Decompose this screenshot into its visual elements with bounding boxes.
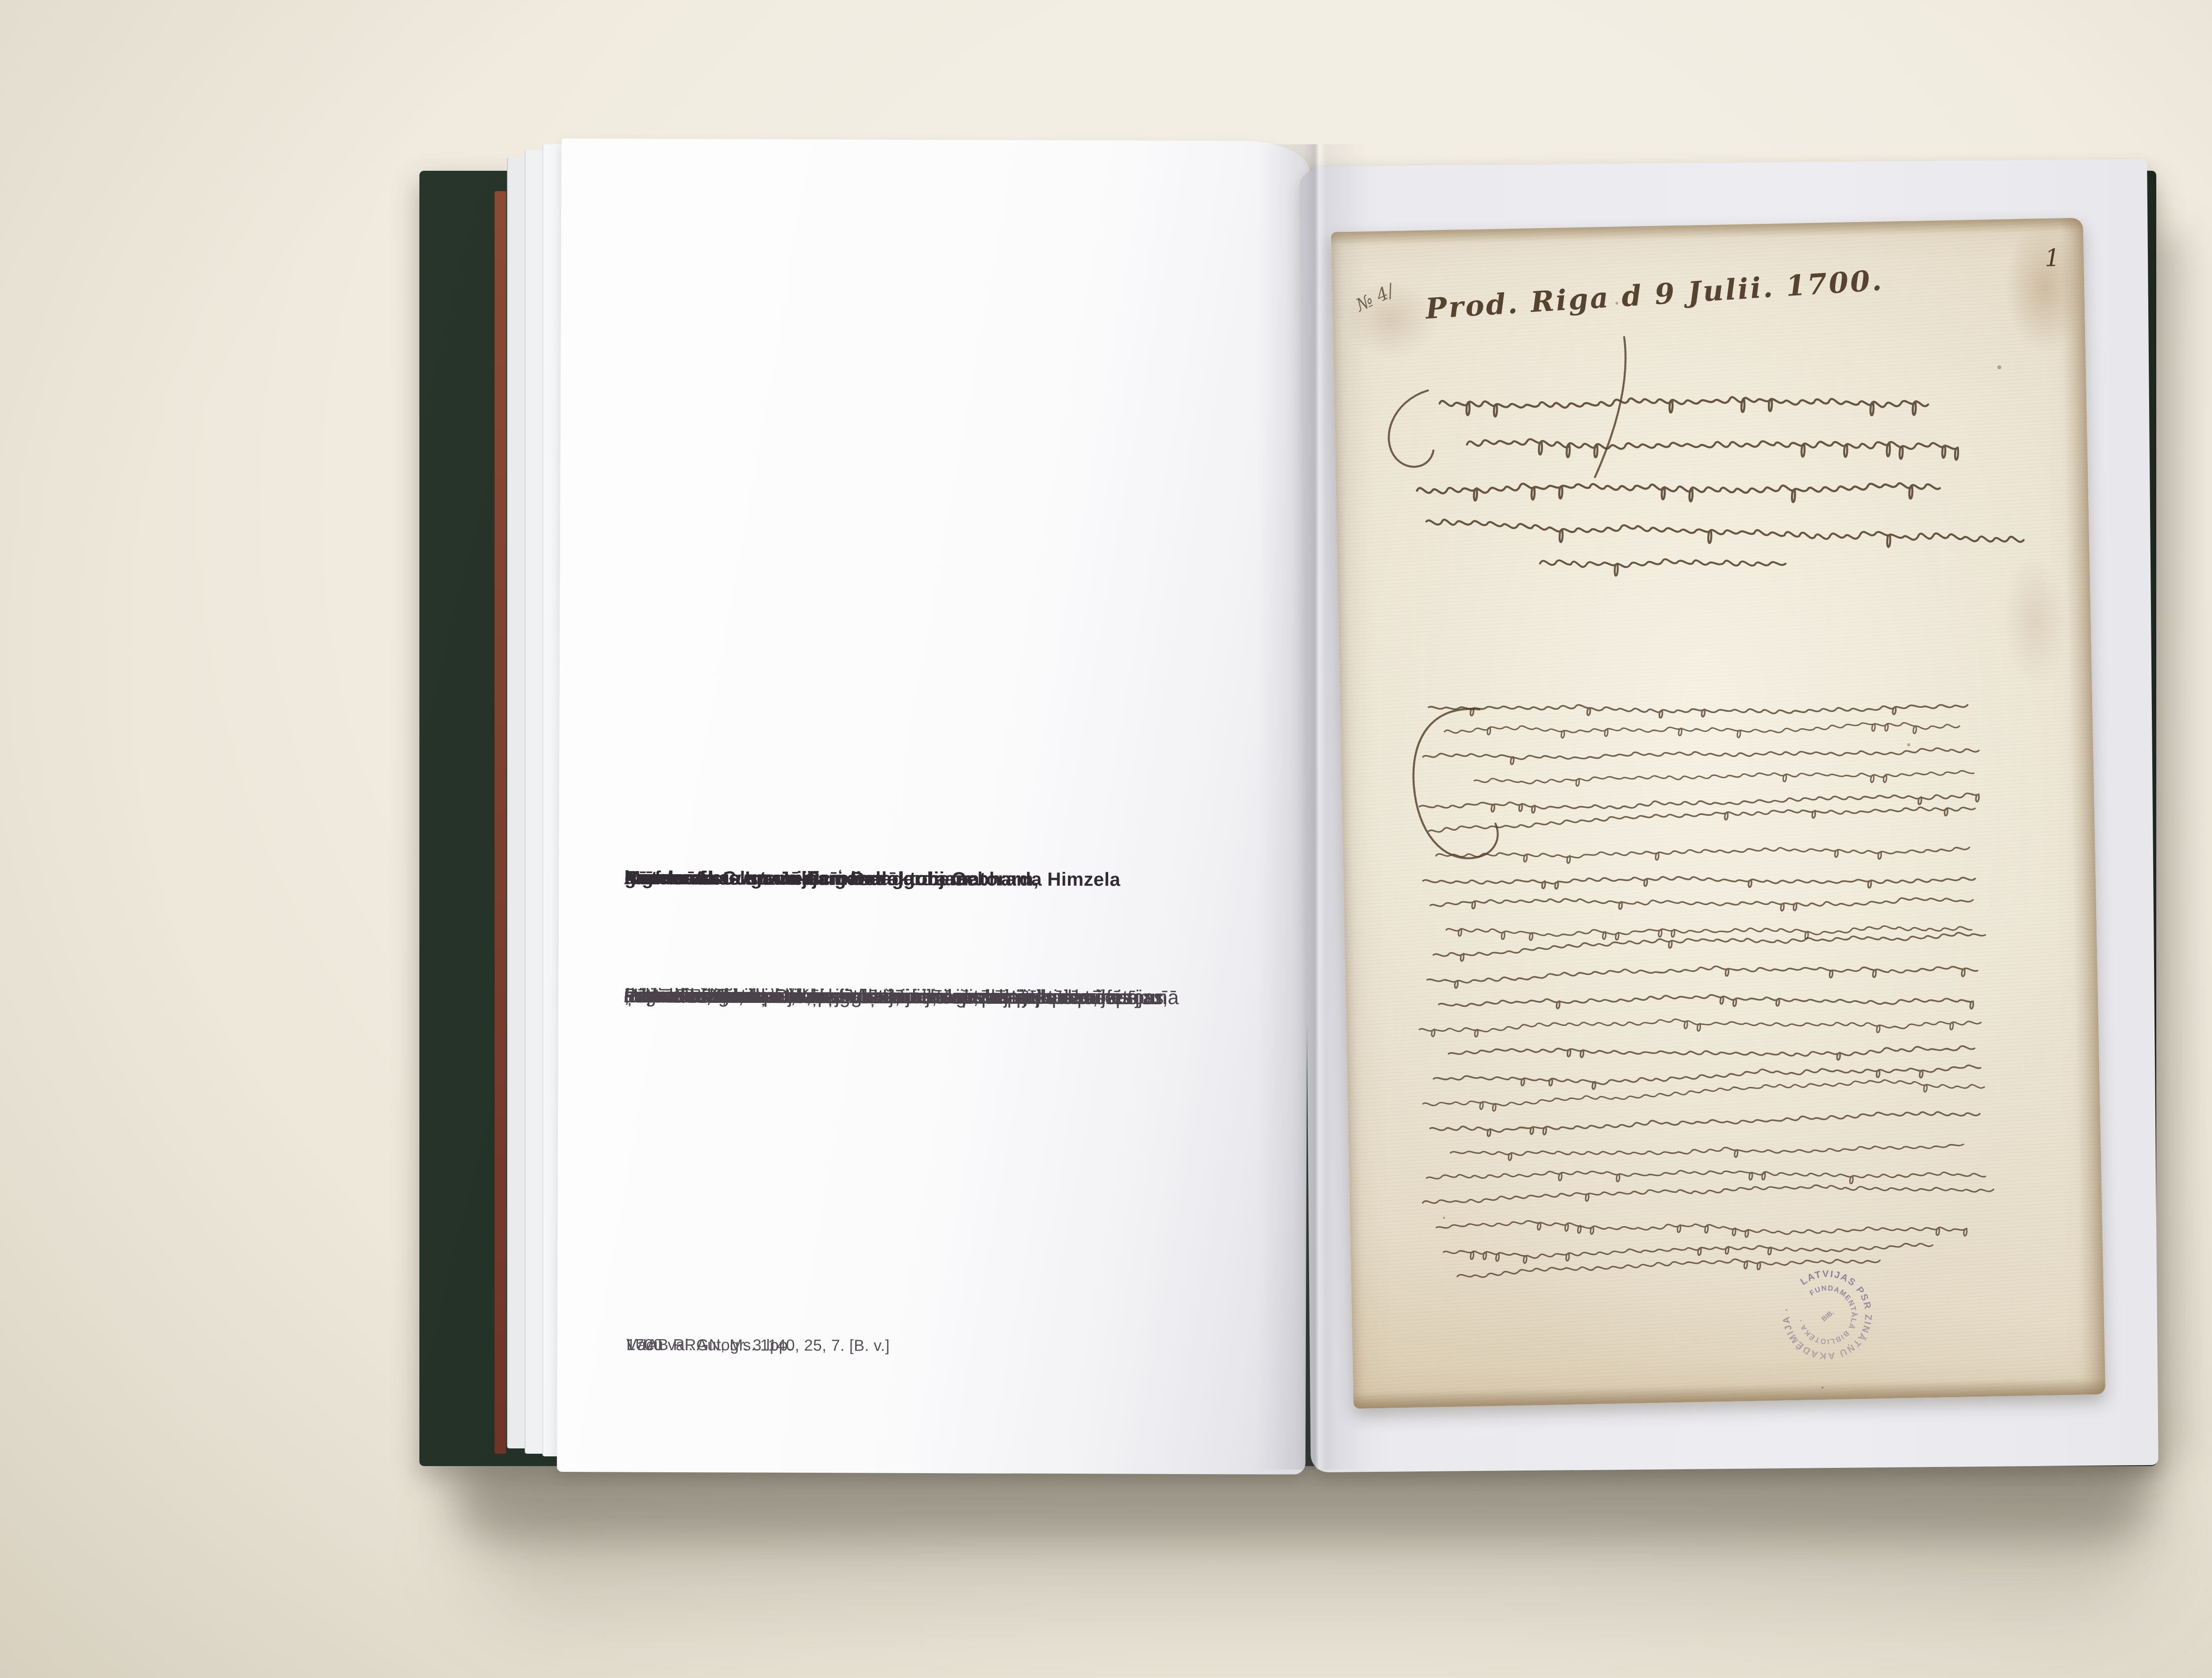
caption-heading: Matemātikas un medicīnas doktora Gebhard… (625, 868, 1182, 870)
caption-body: Himzels lūdz atļauju aizvietot jau trīs … (624, 982, 1199, 984)
ink-stroke (1433, 932, 1985, 961)
ink-stroke (1439, 990, 1974, 1019)
ink-stroke (1430, 891, 1973, 918)
ink-stroke (1423, 743, 1979, 766)
ink-stroke (1417, 476, 1940, 509)
ink-stroke (1388, 390, 1434, 467)
ink-stroke (1419, 1014, 1981, 1041)
ink-stroke (1422, 1182, 1993, 1204)
ink-stroke (1426, 509, 2024, 556)
stamp-center-text: BIB. (1820, 1309, 1836, 1323)
ink-stroke (1448, 1040, 1975, 1067)
ink-stroke (1451, 1142, 1964, 1163)
right-page: № 4/ Prod. Riga d 9 Julii. 1700. 1 LATVI… (1299, 159, 2158, 1473)
handwriting-ink (1331, 218, 2106, 1409)
ink-stroke (1474, 769, 1974, 790)
manuscript-facsimile: № 4/ Prod. Riga d 9 Julii. 1700. 1 LATVI… (1331, 218, 2106, 1409)
ink-stroke (1440, 392, 1928, 424)
endpaper-edge (495, 191, 506, 1454)
ink-stroke (1412, 708, 1498, 859)
ink-stroke (1433, 1065, 1981, 1092)
ink-stroke (1423, 1078, 1985, 1113)
photograph-of-open-book: Matemātikas un medicīnas doktora Gebhard… (0, 0, 2212, 1678)
ink-stroke (1444, 1242, 1933, 1265)
ink-stroke (1430, 1110, 1980, 1137)
ink-stroke (1426, 1163, 1985, 1192)
ink-stroke (1429, 806, 1975, 832)
left-page: Matemātikas un medicīnas doktora Gebhard… (557, 138, 1310, 1474)
ink-stroke (1540, 556, 1786, 577)
ink-stroke (1444, 718, 1959, 743)
ink-stroke (1436, 1213, 1967, 1246)
ink-stroke (1467, 431, 1959, 469)
ink-stroke (1446, 919, 1972, 946)
reference-line: LUAB RRGN, Ms. 1140, 25, 7. [B. v.] (626, 1334, 1025, 1336)
ink-stroke (1429, 696, 1968, 723)
ink-stroke (1427, 961, 1978, 989)
ink-stroke (1436, 844, 1970, 868)
caption-reference: 1700Vācu val. Autogr. 3 lpp.LUAB RRGN, M… (626, 1334, 1025, 1336)
ink-stroke (1423, 869, 1975, 896)
